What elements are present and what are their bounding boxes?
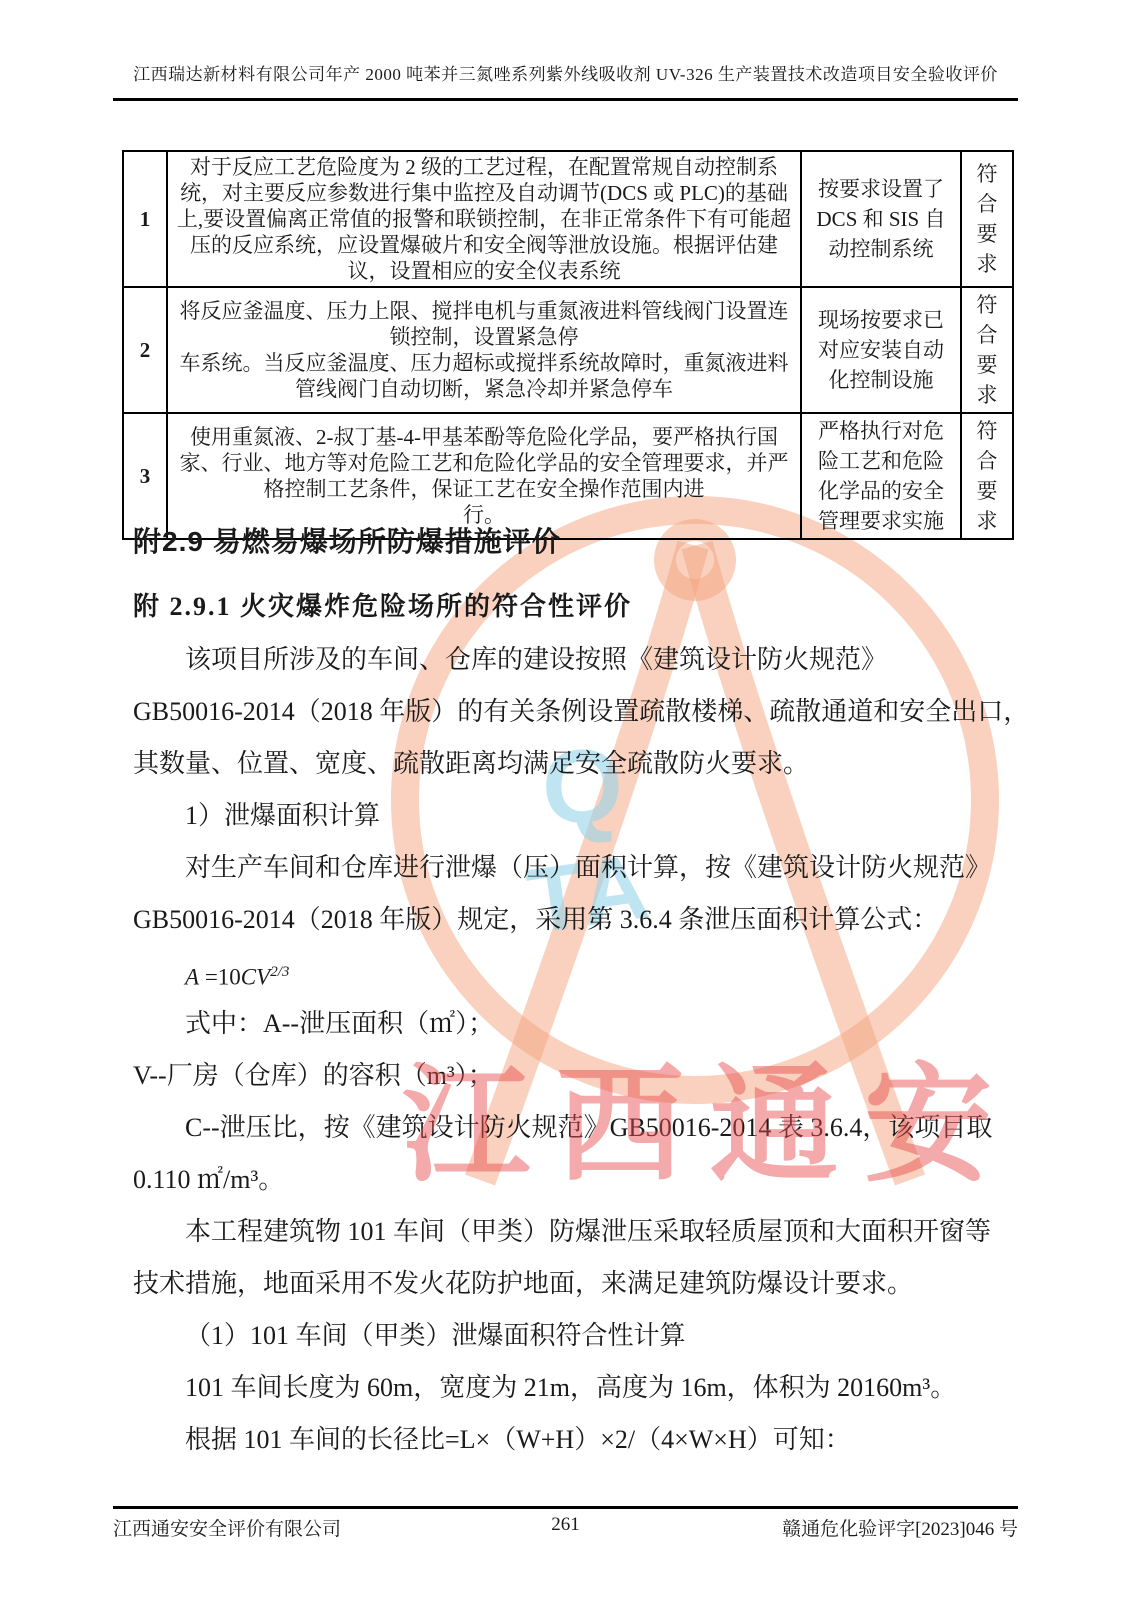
formula-variable-a: A — [185, 965, 199, 990]
implementation-cell: 现场按要求已对应安装自动化控制设施 — [801, 287, 961, 413]
vent-area-formula: A =10CV2/3 — [133, 946, 1015, 998]
body-line: 该项目所涉及的车间、仓库的建设按照《建筑设计防火规范》 — [133, 634, 1015, 686]
formula-exponent: 2/3 — [270, 964, 289, 980]
requirement-cell: 将反应釜温度、压力上限、搅拌电机与重氮液进料管线阀门设置连锁控制，设置紧急停 车… — [167, 287, 801, 413]
formula-variable-cv: CV — [241, 965, 270, 990]
body-line: 根据 101 车间的长径比=L×（W+H）×2/（4×W×H）可知： — [133, 1414, 1015, 1466]
footer-doc-number: 赣通危化验评字[2023]046 号 — [782, 1514, 1018, 1541]
body-line: GB50016-2014（2018 年版）的有关条例设置疏散楼梯、疏散通道和安全… — [133, 686, 1015, 738]
implementation-cell: 按要求设置了 DCS 和 SIS 自动控制系统 — [801, 151, 961, 287]
requirement-cell: 对于反应工艺危险度为 2 级的工艺过程，在配置常规自动控制系统，对主要反应参数进… — [167, 151, 801, 287]
row-number: 2 — [123, 287, 167, 413]
footer-company: 江西通安安全评价有限公司 — [113, 1514, 341, 1541]
body-line: 101 车间长度为 60m，宽度为 21m，高度为 16m，体积为 20160m… — [133, 1362, 1015, 1414]
body-line: 本工程建筑物 101 车间（甲类）防爆泄压采取轻质屋顶和大面积开窗等 — [133, 1206, 1015, 1258]
table-row: 2 将反应釜温度、压力上限、搅拌电机与重氮液进料管线阀门设置连锁控制，设置紧急停… — [123, 287, 1013, 413]
body-line: 对生产车间和仓库进行泄爆（压）面积计算，按《建筑设计防火规范》 — [133, 842, 1015, 894]
body-line: C--泄压比，按《建筑设计防火规范》GB50016-2014 表 3.6.4，该… — [133, 1102, 1015, 1154]
body-line: 式中：A--泄压面积（㎡）； — [133, 998, 1015, 1050]
body-line: 其数量、位置、宽度、疏散距离均满足安全疏散防火要求。 — [133, 738, 1015, 790]
body-line: （1）101 车间（甲类）泄爆面积符合性计算 — [133, 1310, 1015, 1362]
body-line: V--厂房（仓库）的容积（m³）； — [133, 1050, 1015, 1102]
implementation-cell: 严格执行对危险工艺和危险化学品的安全管理要求实施 — [801, 413, 961, 539]
conclusion-vertical-text: 符合要求 — [975, 159, 999, 279]
conclusion-cell: 符合要求 — [961, 287, 1013, 413]
body-line: 0.110 ㎡/m³。 — [133, 1154, 1015, 1206]
header-rule — [113, 98, 1018, 101]
table-row: 1 对于反应工艺危险度为 2 级的工艺过程，在配置常规自动控制系统，对主要反应参… — [123, 151, 1013, 287]
conclusion-vertical-text: 符合要求 — [975, 290, 999, 410]
body-line: 技术措施，地面采用不发火花防护地面，来满足建筑防爆设计要求。 — [133, 1258, 1015, 1310]
body-line: 1）泄爆面积计算 — [133, 790, 1015, 842]
conclusion-cell: 符合要求 — [961, 413, 1013, 539]
body-text-block: 该项目所涉及的车间、仓库的建设按照《建筑设计防火规范》 GB50016-2014… — [133, 634, 1015, 1466]
compliance-table: 1 对于反应工艺危险度为 2 级的工艺过程，在配置常规自动控制系统，对主要反应参… — [122, 150, 1014, 540]
conclusion-vertical-text: 符合要求 — [975, 416, 999, 536]
footer-rule — [113, 1506, 1018, 1509]
section-heading-2-9-1: 附 2.9.1 火灾爆炸危险场所的符合性评价 — [133, 586, 632, 623]
section-heading-2-9: 附2.9 易燃易爆场所防爆措施评价 — [133, 520, 561, 560]
formula-equals: =10 — [199, 965, 241, 990]
body-line: GB50016-2014（2018 年版）规定，采用第 3.6.4 条泄压面积计… — [133, 894, 1015, 946]
row-number: 1 — [123, 151, 167, 287]
conclusion-cell: 符合要求 — [961, 151, 1013, 287]
page-header-title: 江西瑞达新材料有限公司年产 2000 吨苯并三氮唑系列紫外线吸收剂 UV-326… — [0, 60, 1131, 85]
document-page: Q TA 江西通安 江西瑞达新材料有限公司年产 2000 吨苯并三氮唑系列紫外线… — [0, 0, 1131, 1600]
